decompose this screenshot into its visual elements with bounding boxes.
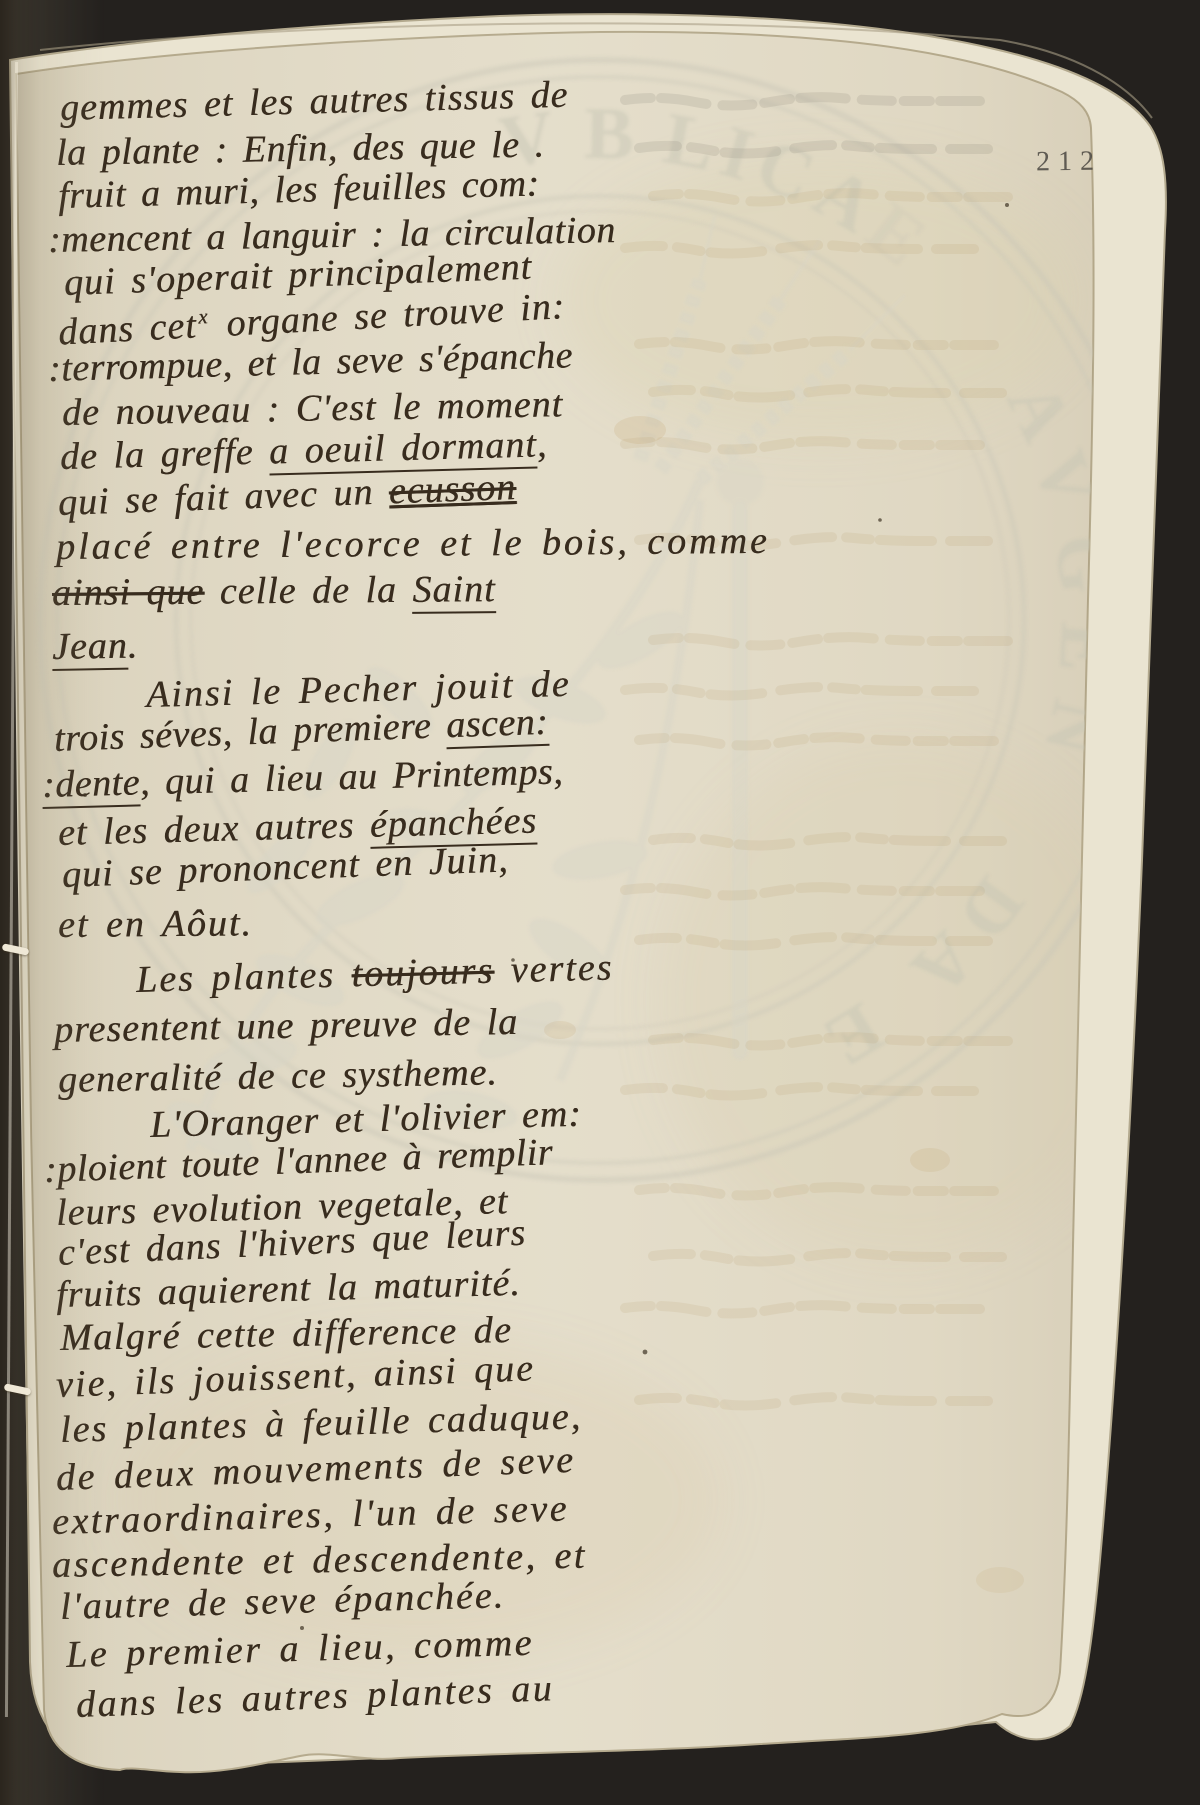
manuscript-word-marked: :dente	[41, 761, 140, 809]
manuscript-text-segment: vertes	[494, 947, 614, 992]
manuscript-scan: V B L I C A E A V G E N D A E	[0, 0, 1200, 1805]
manuscript-word-marked: toujours	[351, 950, 495, 996]
manuscript-word-marked: ecusson	[388, 466, 517, 512]
manuscript-word-marked: Saint	[412, 568, 496, 614]
handwritten-text: gemmes et les autres tissus dela plante …	[0, 0, 1200, 1805]
manuscript-word-marked: ainsi que	[52, 571, 205, 614]
manuscript-text-segment: de la greffe	[59, 431, 269, 478]
manuscript-text-segment: ,	[536, 423, 548, 465]
manuscript-text-segment: celle de la	[204, 569, 412, 613]
manuscript-text-segment: placé entre l'ecorce et le bois, comme	[56, 520, 770, 568]
manuscript-word-marked: Jean	[52, 625, 129, 671]
manuscript-text-segment: generalité de ce systheme.	[58, 1051, 499, 1101]
manuscript-line: Jean.	[52, 622, 139, 669]
manuscript-word-marked: x	[198, 304, 210, 329]
manuscript-word-marked: ascen:	[445, 701, 549, 750]
manuscript-line: et en Aôut.	[58, 900, 253, 948]
manuscript-text-segment: gemmes et les autres tissus de	[59, 74, 568, 129]
manuscript-text-segment: .	[127, 624, 138, 666]
page-number-stamp: 212	[1036, 146, 1102, 179]
manuscript-text-segment: l'autre de seve épanchée.	[59, 1574, 505, 1628]
manuscript-text-segment: dans les autres plantes au	[75, 1667, 555, 1726]
manuscript-line: presentent une preuve de la	[54, 999, 519, 1053]
manuscript-text-segment: et en Aôut.	[58, 902, 253, 946]
manuscript-line: Les plantes toujours vertes	[135, 945, 614, 1003]
manuscript-line: placé entre l'ecorce et le bois, comme	[56, 518, 770, 570]
manuscript-line: ainsi que celle de la Saint	[52, 566, 496, 616]
manuscript-text-segment: qui se fait avec un	[57, 470, 389, 524]
manuscript-text-segment: presentent une preuve de la	[54, 1001, 519, 1051]
manuscript-text-segment: , qui a lieu au Printemps,	[139, 750, 563, 803]
manuscript-text-segment: Les plantes	[135, 953, 352, 1001]
manuscript-text-segment: trois séves, la premiere	[53, 704, 447, 760]
